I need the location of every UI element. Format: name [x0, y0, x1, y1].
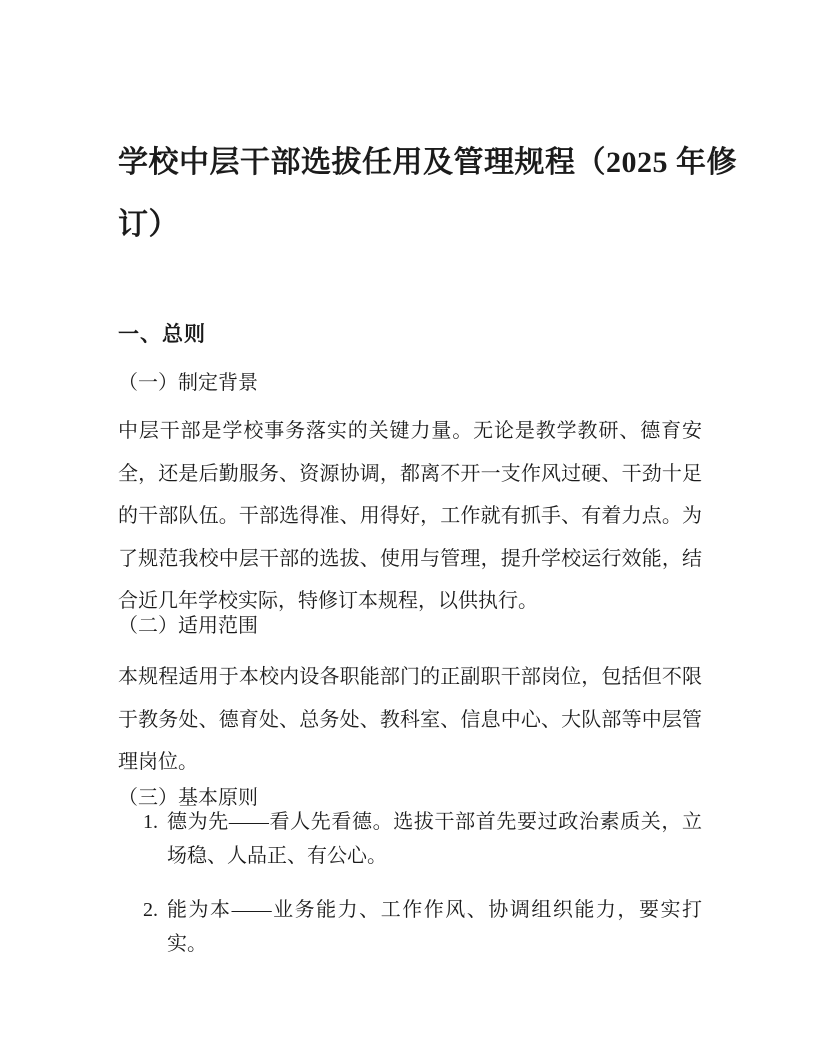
section-heading-general-rules: 一、总则 — [118, 320, 702, 350]
list-item: 1. 德为先——看人先看德。选拔干部首先要过政治素质关，立场稳、人品正、有公心。 — [118, 805, 702, 873]
list-item-number: 1. — [143, 805, 158, 839]
list-item-text: 能为本——业务能力、工作作风、协调组织能力，要实打实。 — [167, 899, 702, 955]
document-title: 学校中层干部选拔任用及管理规程（2025 年修订） — [118, 132, 738, 256]
list-item-text: 德为先——看人先看德。选拔干部首先要过政治素质关，立场稳、人品正、有公心。 — [167, 811, 702, 867]
principles-list: 1. 德为先——看人先看德。选拔干部首先要过政治素质关，立场稳、人品正、有公心。… — [118, 805, 702, 981]
subsection-heading-scope: （二）适用范围 — [118, 611, 702, 641]
subsection-heading-background: （一）制定背景 — [118, 368, 702, 398]
paragraph-background: 中层干部是学校事务落实的关键力量。无论是教学教研、德育安全，还是后勤服务、资源协… — [118, 410, 702, 623]
document-page: 学校中层干部选拔任用及管理规程（2025 年修订） 一、总则 （一）制定背景 中… — [0, 0, 816, 1056]
paragraph-scope: 本规程适用于本校内设各职能部门的正副职干部岗位，包括但不限于教务处、德育处、总务… — [118, 656, 702, 784]
list-item-number: 2. — [143, 893, 158, 927]
list-item: 2. 能为本——业务能力、工作作风、协调组织能力，要实打实。 — [118, 893, 702, 961]
